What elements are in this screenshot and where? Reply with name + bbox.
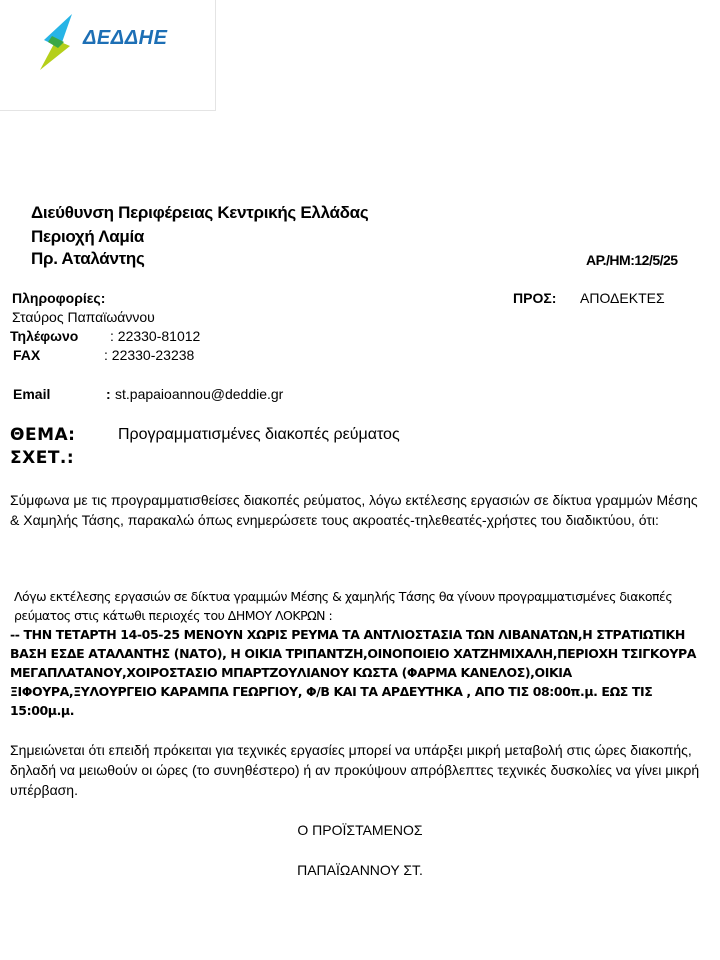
related-label: ΣΧΕΤ.:: [10, 448, 74, 468]
deddie-logo-icon: [38, 14, 88, 70]
outage-notice: Λόγω εκτέλεσης εργασιών σε δίκτυα γραμμώ…: [10, 587, 710, 720]
header-directorate: Διεύθυνση Περιφέρειας Κεντρικής Ελλάδας: [31, 203, 368, 223]
recipient-value: ΑΠΟΔΕΚΤΕΣ: [580, 290, 665, 306]
signature-name: ΠΑΠΑΪΩΑΝΝΟΥ ΣΤ.: [230, 862, 490, 878]
fax-value: : 22330-23238: [104, 347, 194, 363]
subject-label: ΘΕΜΑ:: [10, 425, 75, 445]
header-region: Περιοχή Λαμία: [31, 227, 144, 247]
logo-box: ΔΕΔΔΗΕ: [0, 0, 216, 111]
notice-detail: -- ΤΗΝ ΤΕΤΑΡΤΗ 14-05-25 ΜΕΝΟΥΝ ΧΩΡΙΣ ΡΕΥ…: [10, 625, 710, 720]
recipient-label: ΠΡΟΣ:: [513, 290, 556, 306]
notice-intro: Λόγω εκτέλεσης εργασιών σε δίκτυα γραμμώ…: [10, 587, 710, 625]
phone-label: Τηλέφωνο: [10, 328, 78, 344]
email-label: Email: [13, 386, 50, 402]
email-separator: :: [106, 386, 111, 402]
info-label: Πληροφορίες:: [12, 290, 105, 306]
email-value[interactable]: st.papaioannou@deddie.gr: [115, 386, 283, 402]
intro-paragraph: Σύμφωνα με τις προγραμματισθείσες διακοπ…: [10, 490, 710, 530]
contact-name: Σταύρος Παπαϊωάννου: [12, 309, 155, 325]
note-paragraph: Σημειώνεται ότι επειδή πρόκειται για τεχ…: [10, 740, 710, 800]
signature-title: Ο ΠΡΟΪΣΤΑΜΕΝΟΣ: [230, 822, 490, 838]
subject-value: Προγραμματισμένες διακοπές ρεύματος: [118, 426, 400, 444]
logo-text: ΔΕΔΔΗΕ: [83, 27, 167, 50]
header-branch: Πρ. Αταλάντης: [31, 249, 145, 269]
phone-value: : 22330-81012: [110, 328, 200, 344]
fax-label: FAX: [13, 347, 40, 363]
reference-date: ΑΡ./ΗΜ:12/5/25: [586, 252, 678, 268]
